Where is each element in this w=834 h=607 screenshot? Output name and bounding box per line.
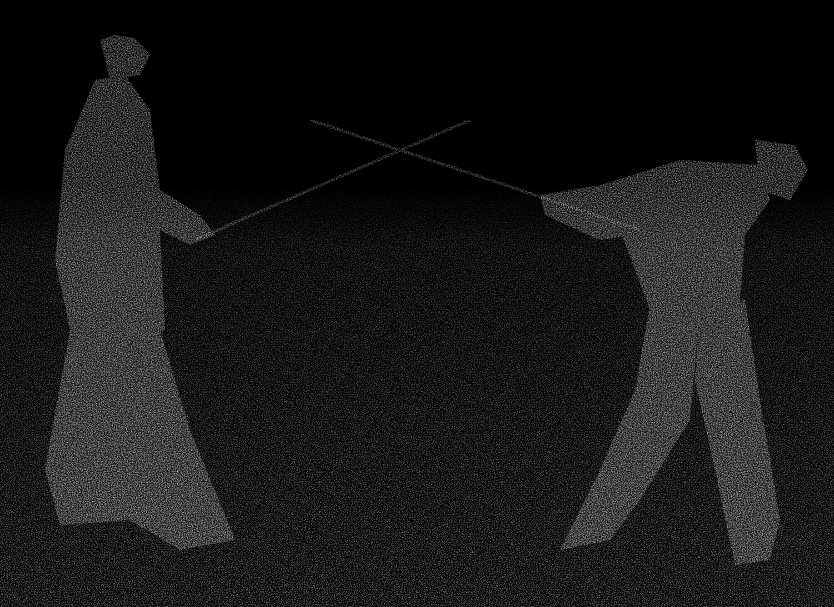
photograph: Two people in light-colored martial arts…	[0, 0, 834, 607]
